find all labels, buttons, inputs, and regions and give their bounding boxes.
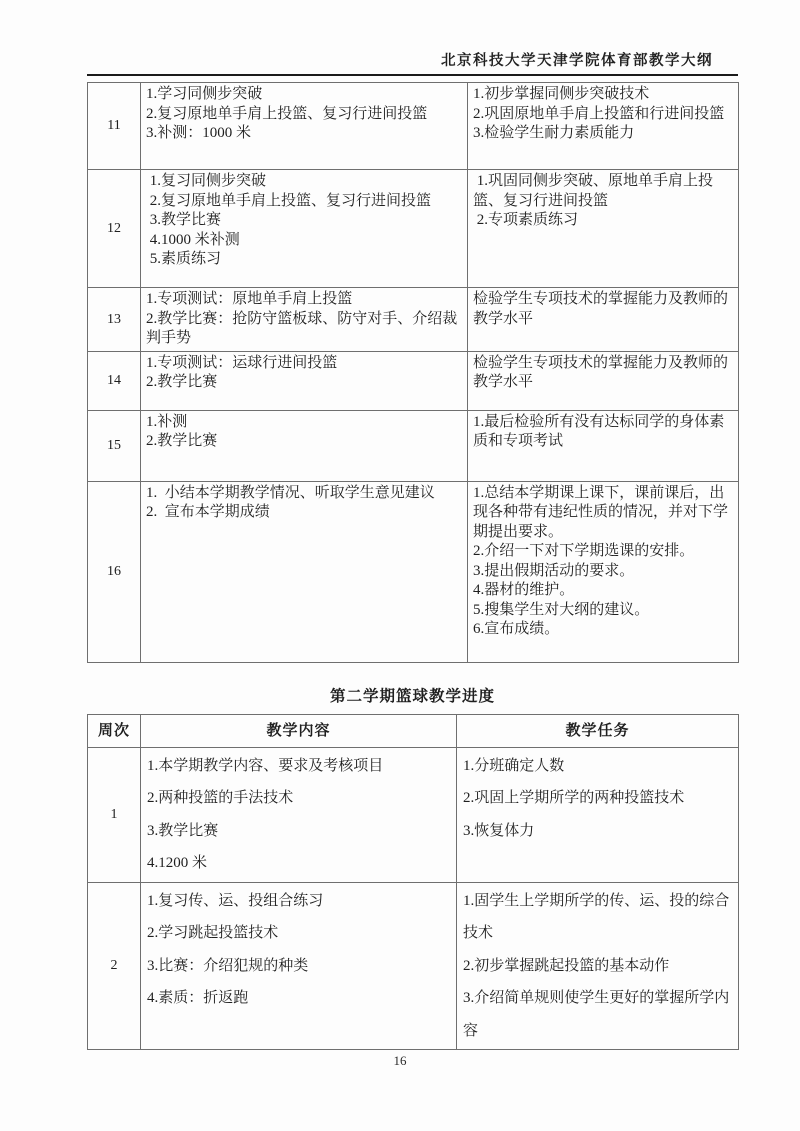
text-line: 1.专项测试：运球行进间投篮: [146, 354, 462, 374]
text-line: 5.素质练习: [146, 250, 462, 270]
text-line: 检验学生专项技术的掌握能力及教师的教学水平: [473, 290, 733, 329]
text-line: 1.固学生上学期所学的传、运、投的综合技术: [463, 885, 732, 950]
tasks-cell: 1.分班确定人数2.巩固上学期所学的两种投篮技术3.恢复体力: [457, 747, 739, 882]
tasks-cell: 检验学生专项技术的掌握能力及教师的教学水平: [468, 351, 739, 410]
content-cell: 1.本学期教学内容、要求及考核项目2.两种投篮的手法技术3.教学比赛4.1200…: [141, 747, 457, 882]
week-number: 13: [88, 288, 141, 352]
table-row: 11.本学期教学内容、要求及考核项目2.两种投篮的手法技术3.教学比赛4.120…: [88, 747, 739, 882]
text-line: 3.教学比赛: [147, 815, 450, 848]
text-line: 1.补测: [146, 413, 462, 433]
text-line: 1.巩固同侧步突破、原地单手肩上投篮、复习行进间投篮: [473, 172, 733, 211]
table-row: 151.补测2.教学比赛1.最后检验所有没有达标同学的身体素质和专项考试: [88, 410, 739, 481]
text-line: 2.复习原地单手肩上投篮、复习行进间投篮: [146, 105, 462, 125]
text-line: 1.总结本学期课上课下，课前课后，出现各种带有违纪性质的情况，并对下学期提出要求…: [473, 484, 733, 543]
text-line: 1.复习传、运、投组合练习: [147, 885, 450, 918]
text-line: 2.介绍一下对下学期选课的安排。: [473, 542, 733, 562]
text-line: 4.1000 米补测: [146, 231, 462, 251]
text-line: 1.初步掌握同侧步突破技术: [473, 85, 733, 105]
text-line: 2.教学比赛: [146, 373, 462, 393]
tasks-cell: 1.最后检验所有没有达标同学的身体素质和专项考试: [468, 410, 739, 481]
text-line: 6.宣布成绩。: [473, 620, 733, 640]
tasks-cell: 1.巩固同侧步突破、原地单手肩上投篮、复习行进间投篮 2.专项素质练习: [468, 170, 739, 288]
table-row: 161. 小结本学期教学情况、听取学生意见建议2. 宣布本学期成绩1.总结本学期…: [88, 481, 739, 662]
content-cell: 1. 小结本学期教学情况、听取学生意见建议2. 宣布本学期成绩: [141, 481, 468, 662]
table-row: 12 1.复习同侧步突破 2.复习原地单手肩上投篮、复习行进间投篮 3.教学比赛…: [88, 170, 739, 288]
section-title: 第二学期篮球教学进度: [87, 687, 738, 707]
content-cell: 1.专项测试：原地单手肩上投篮2.教学比赛：抢防守篮板球、防守对手、介绍裁判手势: [141, 288, 468, 352]
text-line: 3.恢复体力: [463, 815, 732, 848]
content-cell: 1.学习同侧步突破2.复习原地单手肩上投篮、复习行进间投篮3.补测：1000 米: [141, 83, 468, 170]
tasks-cell: 1.总结本学期课上课下，课前课后，出现各种带有违纪性质的情况，并对下学期提出要求…: [468, 481, 739, 662]
text-line: 1.专项测试：原地单手肩上投篮: [146, 290, 462, 310]
semester2-schedule-table: 周次 教学内容 教学任务 11.本学期教学内容、要求及考核项目2.两种投篮的手法…: [87, 714, 739, 1051]
week-number: 11: [88, 83, 141, 170]
text-line: 2.巩固原地单手肩上投篮和行进间投篮: [473, 105, 733, 125]
text-line: 3.提出假期活动的要求。: [473, 562, 733, 582]
text-line: 2.教学比赛: [146, 432, 462, 452]
semester1-schedule-table: 111.学习同侧步突破2.复习原地单手肩上投篮、复习行进间投篮3.补测：1000…: [87, 82, 739, 663]
text-line: 3.检验学生耐力素质能力: [473, 124, 733, 144]
text-line: 4.器材的维护。: [473, 581, 733, 601]
week-number: 14: [88, 351, 141, 410]
text-line: 1. 小结本学期教学情况、听取学生意见建议: [146, 484, 462, 504]
table-row: 131.专项测试：原地单手肩上投篮2.教学比赛：抢防守篮板球、防守对手、介绍裁判…: [88, 288, 739, 352]
text-line: 1.最后检验所有没有达标同学的身体素质和专项考试: [473, 413, 733, 452]
column-header-week: 周次: [88, 714, 141, 747]
text-line: 3.比赛：介绍犯规的种类: [147, 950, 450, 983]
column-header-tasks: 教学任务: [457, 714, 739, 747]
text-line: 1.复习同侧步突破: [146, 172, 462, 192]
text-line: 2.专项素质练习: [473, 211, 733, 231]
tasks-cell: 1.固学生上学期所学的传、运、投的综合技术2.初步掌握跳起投篮的基本动作3.介绍…: [457, 882, 739, 1050]
content-cell: 1.复习同侧步突破 2.复习原地单手肩上投篮、复习行进间投篮 3.教学比赛 4.…: [141, 170, 468, 288]
text-line: 2.初步掌握跳起投篮的基本动作: [463, 950, 732, 983]
text-line: 4.1200 米: [147, 847, 450, 880]
text-line: 2. 宣布本学期成绩: [146, 503, 462, 523]
text-line: 2.教学比赛：抢防守篮板球、防守对手、介绍裁判手势: [146, 310, 462, 349]
content-cell: 1.补测2.教学比赛: [141, 410, 468, 481]
table-row: 141.专项测试：运球行进间投篮2.教学比赛检验学生专项技术的掌握能力及教师的教…: [88, 351, 739, 410]
text-line: 3.介绍简单规则使学生更好的掌握所学内容: [463, 982, 732, 1047]
text-line: 3.教学比赛: [146, 211, 462, 231]
text-line: 1.本学期教学内容、要求及考核项目: [147, 750, 450, 783]
document-page: 北京科技大学天津学院体育部教学大纲 111.学习同侧步突破2.复习原地单手肩上投…: [0, 0, 800, 1131]
tasks-cell: 1.初步掌握同侧步突破技术2.巩固原地单手肩上投篮和行进间投篮3.检验学生耐力素…: [468, 83, 739, 170]
text-line: 1.分班确定人数: [463, 750, 732, 783]
text-line: 2.学习跳起投篮技术: [147, 917, 450, 950]
text-line: 2.巩固上学期所学的两种投篮技术: [463, 782, 732, 815]
text-line: 3.补测：1000 米: [146, 124, 462, 144]
header-rule: [87, 74, 738, 76]
content-cell: 1.复习传、运、投组合练习2.学习跳起投篮技术3.比赛：介绍犯规的种类4.素质：…: [141, 882, 457, 1050]
week-number: 16: [88, 481, 141, 662]
table-header-row: 周次 教学内容 教学任务: [88, 714, 739, 747]
week-number: 15: [88, 410, 141, 481]
text-line: 4.素质：折返跑: [147, 982, 450, 1015]
week-number: 12: [88, 170, 141, 288]
text-line: 2.复习原地单手肩上投篮、复习行进间投篮: [146, 192, 462, 212]
table-row: 21.复习传、运、投组合练习2.学习跳起投篮技术3.比赛：介绍犯规的种类4.素质…: [88, 882, 739, 1050]
text-line: 1.学习同侧步突破: [146, 85, 462, 105]
running-header: 北京科技大学天津学院体育部教学大纲: [87, 52, 737, 70]
week-number: 1: [88, 747, 141, 882]
column-header-content: 教学内容: [141, 714, 457, 747]
text-line: 2.两种投篮的手法技术: [147, 782, 450, 815]
content-cell: 1.专项测试：运球行进间投篮2.教学比赛: [141, 351, 468, 410]
tasks-cell: 检验学生专项技术的掌握能力及教师的教学水平: [468, 288, 739, 352]
page-number: 16: [0, 1053, 800, 1069]
text-line: 检验学生专项技术的掌握能力及教师的教学水平: [473, 354, 733, 393]
text-line: 5.搜集学生对大纲的建议。: [473, 601, 733, 621]
week-number: 2: [88, 882, 141, 1050]
table-row: 111.学习同侧步突破2.复习原地单手肩上投篮、复习行进间投篮3.补测：1000…: [88, 83, 739, 170]
